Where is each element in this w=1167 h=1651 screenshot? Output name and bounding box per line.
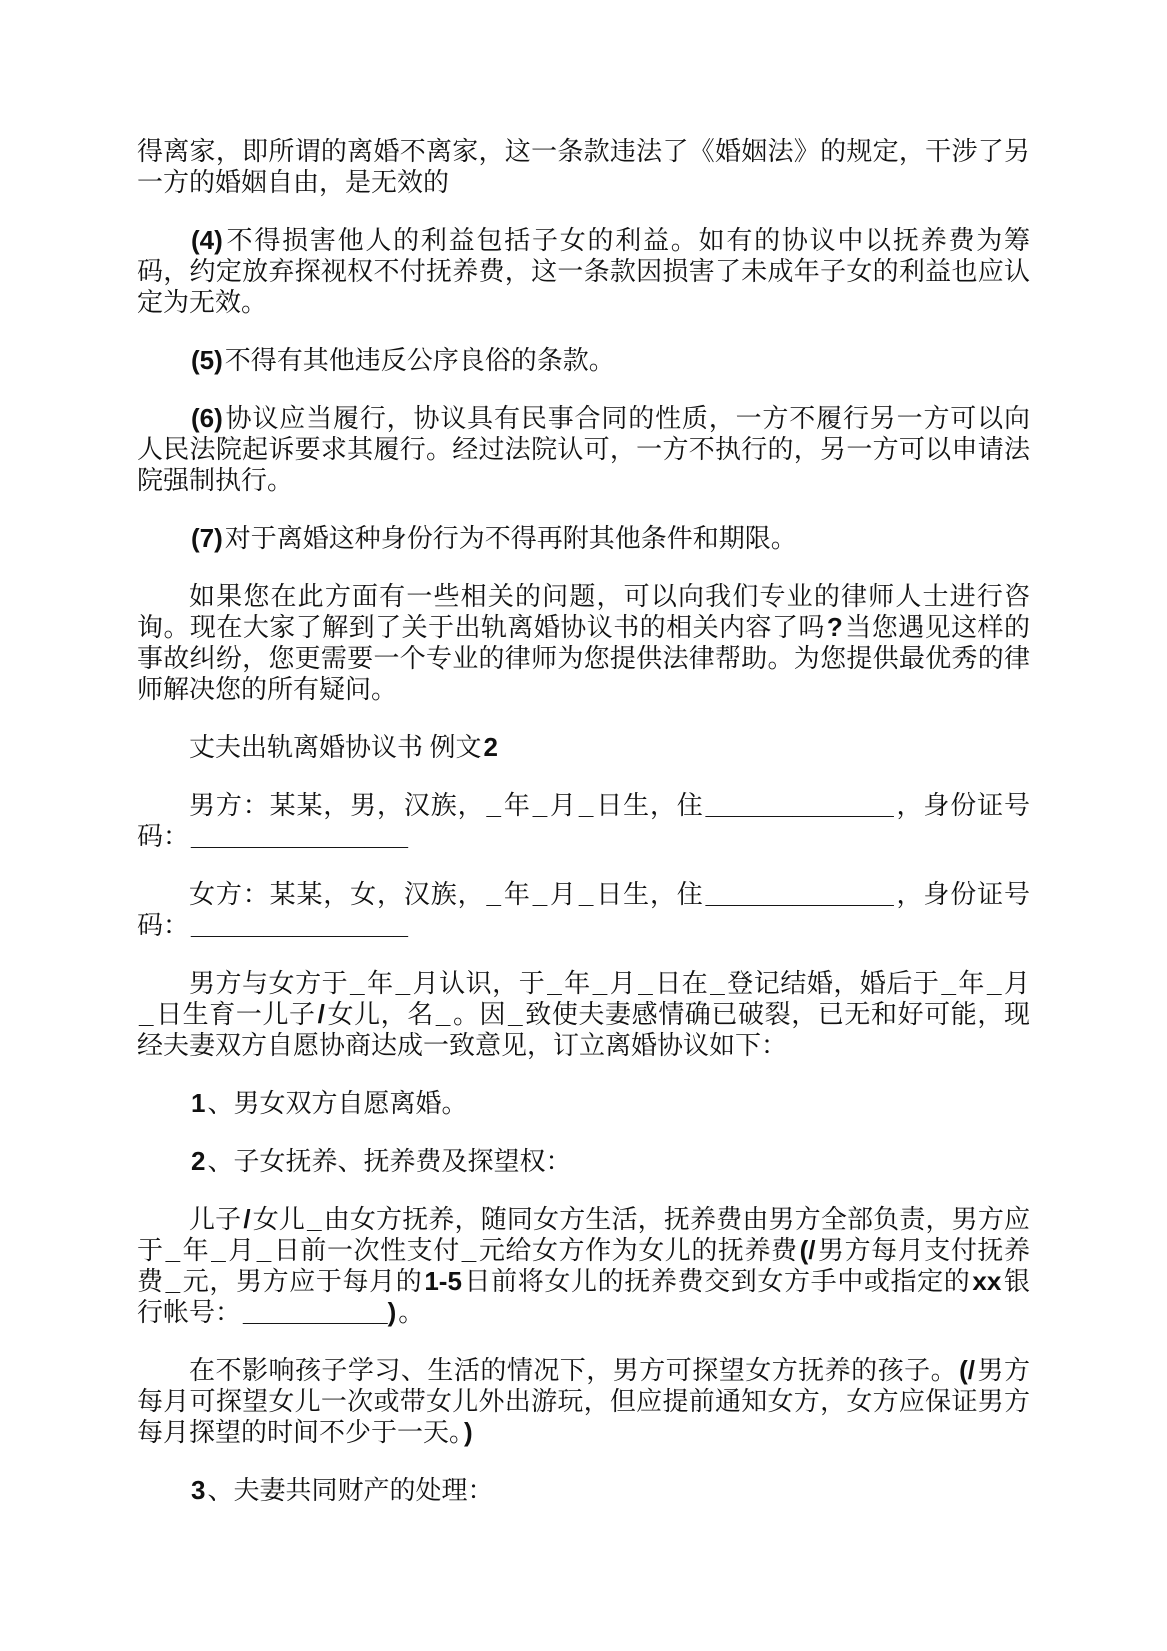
visitation-paragraph: 在不影响孩子学习、生活的情况下，男方可探望女方抚养的孩子。(/男方每月可探望女儿… <box>137 1355 1030 1448</box>
clause-6-paragraph: (6)协议应当履行，协议具有民事合同的性质，一方不履行另一方可以向人民法院起诉要… <box>137 403 1030 496</box>
consultation-paragraph: 如果您在此方面有一些相关的问题，可以向我们专业的律师人士进行咨询。现在大家了解到… <box>137 581 1030 705</box>
clause-4-paragraph: (4)不得损害他人的利益包括子女的利益。如有的协议中以抚养费为筹码，约定放弃探视… <box>137 225 1030 318</box>
wife-info-line: 女方：某某，女，汉族，_年_月_日生，住_____________，身份证号码：… <box>137 879 1030 941</box>
husband-info-line: 男方：某某，男，汉族，_年_月_日生，住_____________，身份证号码：… <box>137 790 1030 852</box>
item-3-property-title: 3、夫妻共同财产的处理： <box>137 1475 1030 1506</box>
document-page: 得离家，即所谓的离婚不离家，这一条款违法了《婚姻法》的规定，干涉了另一方的婚姻自… <box>0 0 1167 1651</box>
item-2-custody-title: 2、子女抚养、抚养费及探望权： <box>137 1146 1030 1177</box>
marriage-history-paragraph: 男方与女方于_年_月认识，于_年_月_日在_登记结婚，婚后于_年_月_日生育一儿… <box>137 968 1030 1061</box>
custody-support-paragraph: 儿子/女儿_由女方抚养，随同女方生活，抚养费由男方全部负责，男方应于_年_月_日… <box>137 1204 1030 1328</box>
clause-5-paragraph: (5)不得有其他违反公序良俗的条款。 <box>137 345 1030 376</box>
example-2-title: 丈夫出轨离婚协议书 例文2 <box>137 732 1030 763</box>
continuation-paragraph: 得离家，即所谓的离婚不离家，这一条款违法了《婚姻法》的规定，干涉了另一方的婚姻自… <box>137 136 1030 198</box>
item-1-voluntary-divorce: 1、男女双方自愿离婚。 <box>137 1088 1030 1119</box>
clause-7-paragraph: (7)对于离婚这种身份行为不得再附其他条件和期限。 <box>137 523 1030 554</box>
